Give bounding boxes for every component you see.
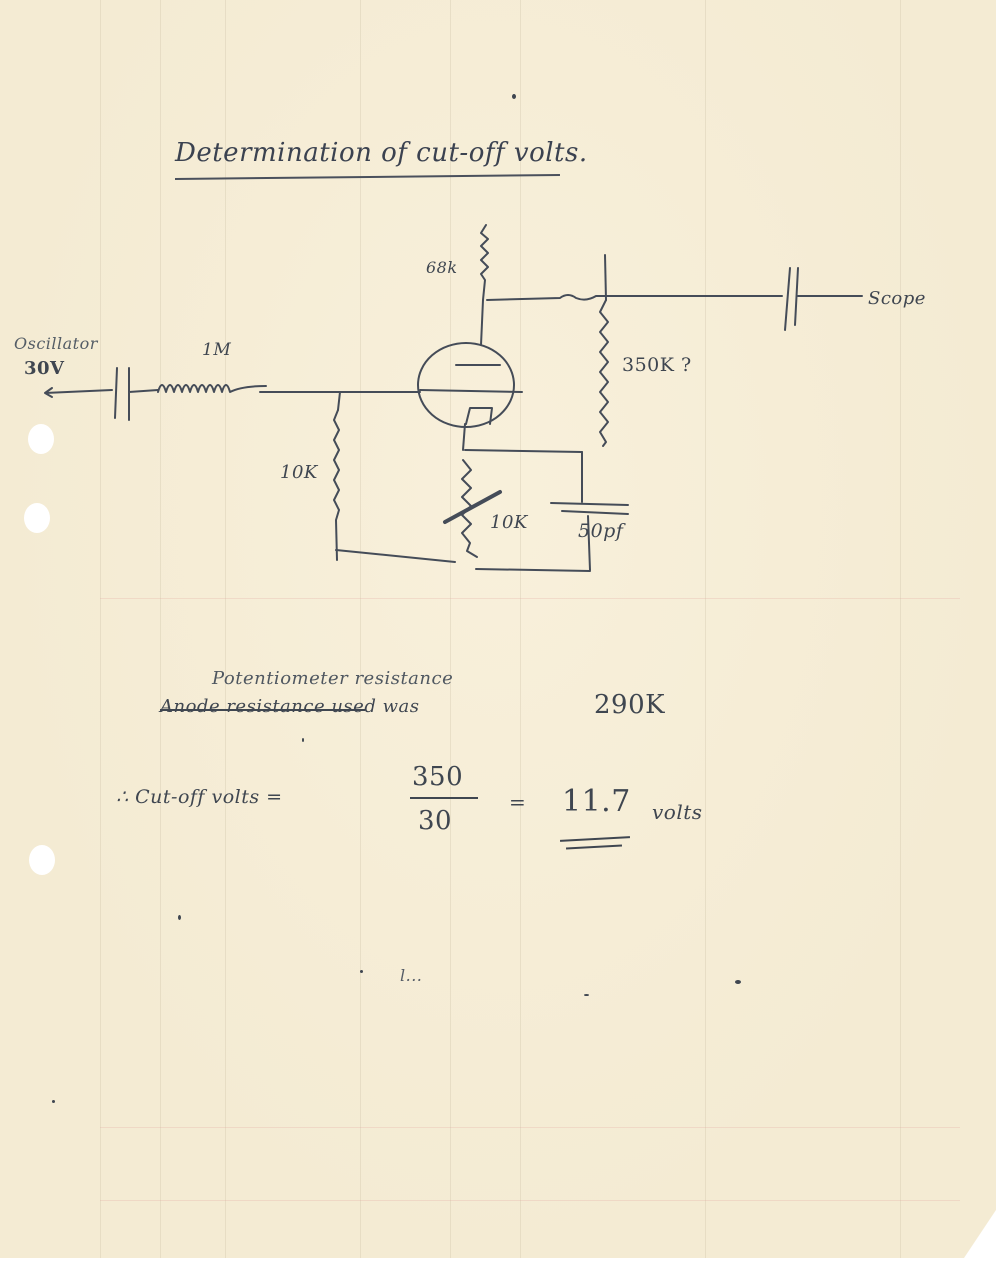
punch-hole	[28, 424, 54, 454]
fraction-bar	[410, 797, 478, 799]
ledger-rule	[100, 0, 101, 1264]
resistance-value: 290K	[594, 690, 665, 720]
ink-speck	[178, 915, 181, 920]
punch-hole	[24, 503, 50, 533]
anode-resistor-label: 68k	[426, 258, 458, 277]
strikethrough-line	[160, 709, 365, 711]
ledger-rule	[360, 0, 361, 1264]
ledger-rule	[100, 1200, 960, 1201]
note-correction: Potentiometer resistance	[212, 668, 453, 689]
calculation-label: ∴ Cut-off volts =	[116, 786, 283, 808]
ledger-rule	[450, 0, 451, 1264]
page-title: Determination of cut-off volts.	[175, 138, 588, 168]
note-text: Anode resistance used was	[160, 696, 419, 717]
divider-resistor-label: 350K ?	[622, 354, 692, 376]
ledger-rule	[705, 0, 706, 1264]
cathode-capacitor-label: 50pf	[578, 520, 623, 542]
result-value: 11.7	[562, 784, 631, 819]
ledger-rule	[225, 0, 226, 1264]
equals-sign: =	[509, 790, 526, 814]
ink-speck	[584, 994, 589, 996]
scope-output-label: Scope	[868, 288, 926, 309]
ledger-rule	[100, 1127, 960, 1128]
ledger-rule	[520, 0, 521, 1264]
grid-resistor-label: 10K	[280, 462, 318, 483]
ledger-rule	[900, 0, 901, 1264]
fraction-numerator: 350	[412, 762, 463, 792]
ledger-rule	[100, 598, 960, 599]
torn-edge	[0, 1258, 1000, 1264]
note-rest-text: used was	[331, 696, 419, 717]
ledger-rule	[160, 0, 161, 1264]
stray-scribble: l...	[400, 966, 422, 985]
oscillator-label: Oscillator	[14, 334, 98, 353]
page-edge	[996, 0, 1000, 1264]
oscillator-voltage-label: 30V	[24, 358, 65, 379]
torn-corner	[960, 1204, 1000, 1264]
fraction-denominator: 30	[418, 806, 452, 836]
paper-page: Determination of cut-off volts.	[0, 0, 1000, 1264]
ink-speck	[512, 94, 516, 99]
paper-texture	[0, 0, 1000, 1264]
result-unit: volts	[652, 800, 703, 824]
ink-speck	[360, 970, 363, 973]
ink-speck	[735, 980, 741, 984]
ink-speck	[302, 738, 304, 742]
series-resistor-label: 1M	[202, 340, 231, 360]
note-struck-text: Anode resistance	[160, 696, 325, 717]
punch-hole	[29, 845, 55, 875]
ink-speck	[52, 1100, 55, 1103]
cathode-resistor-label: 10K	[490, 512, 528, 533]
